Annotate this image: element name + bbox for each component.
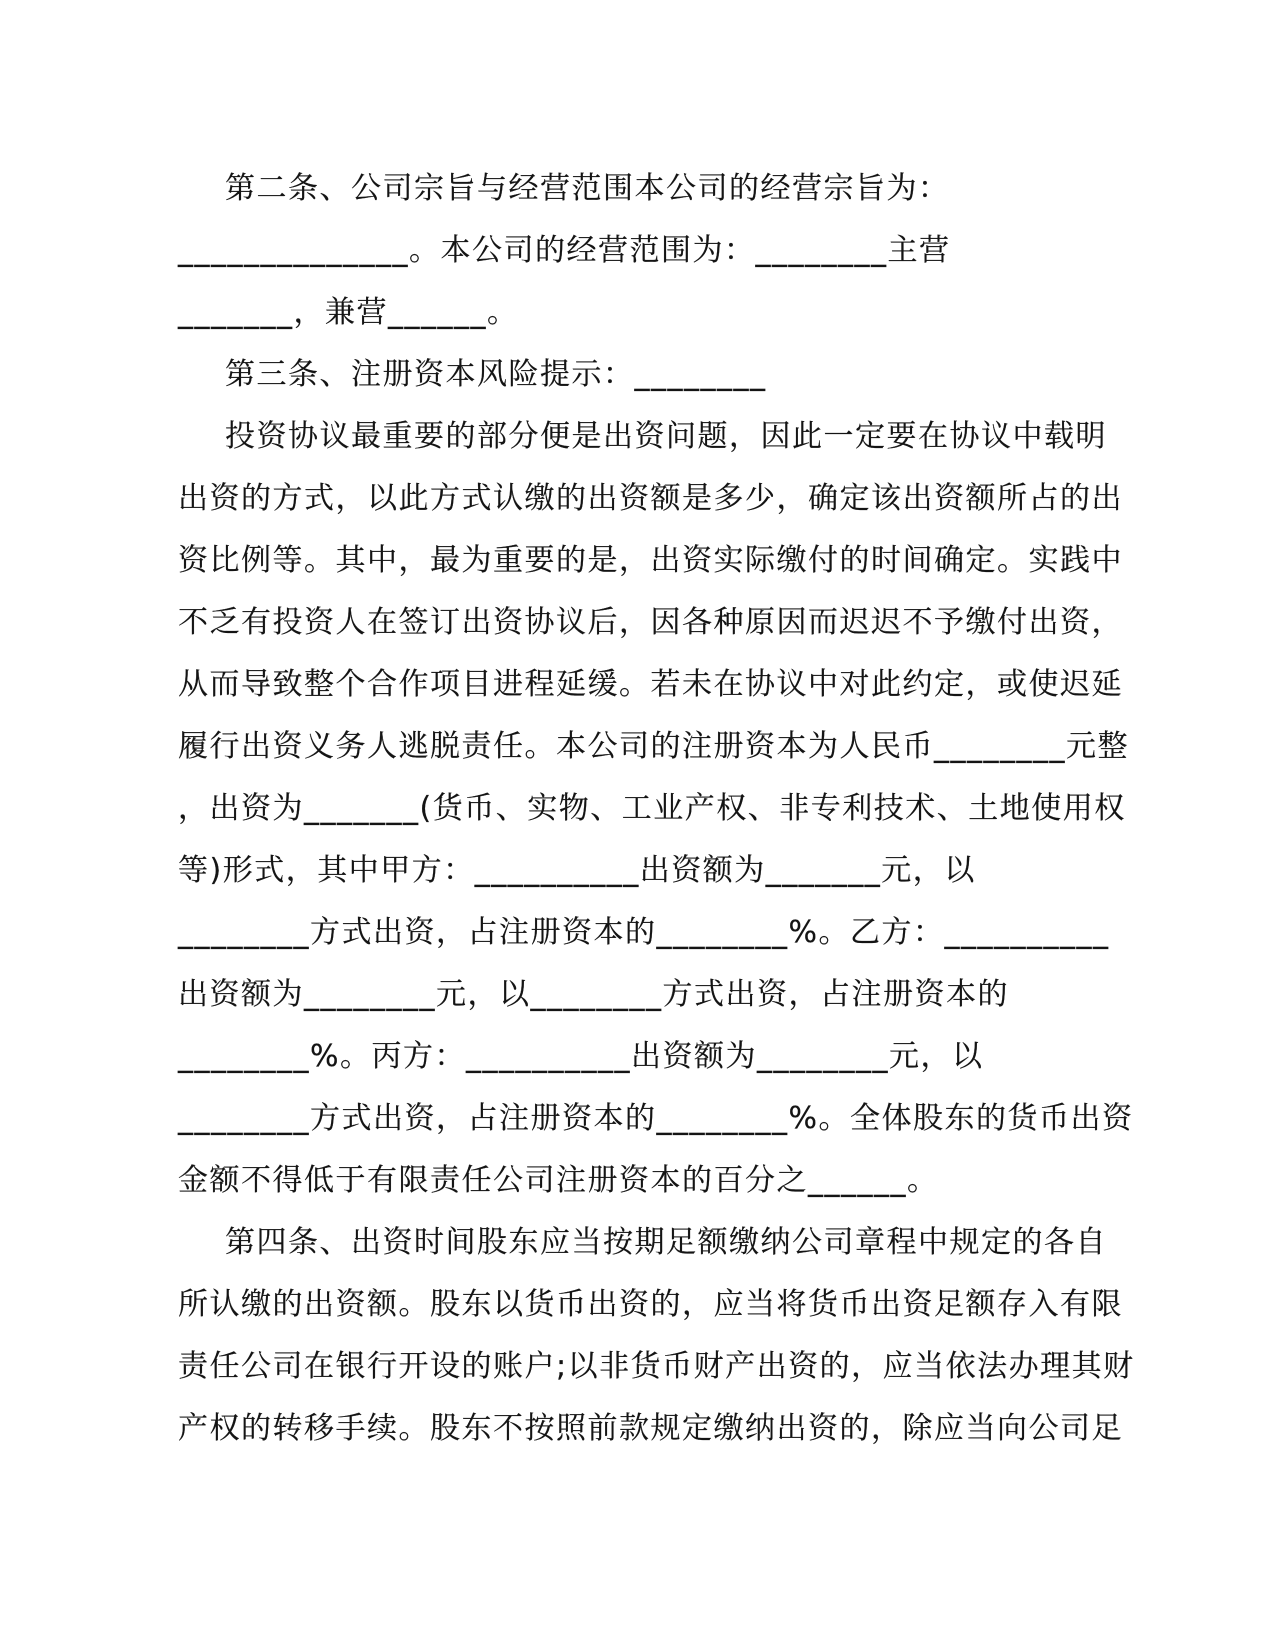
document-line: 第四条、出资时间股东应当按期足额缴纳公司章程中规定的各自 [178, 1212, 1077, 1274]
document-line: 所认缴的出资额。股东以货币出资的，应当将货币出资足额存入有限 [178, 1274, 1077, 1336]
document-line: 金额不得低于有限责任公司注册资本的百分之______。 [178, 1150, 1077, 1212]
document-line: 责任公司在银行开设的账户;以非货币财产出资的，应当依法办理其财 [178, 1336, 1077, 1398]
document-line: ________方式出资，占注册资本的________%。全体股东的货币出资 [178, 1088, 1077, 1150]
document-page: 第二条、公司宗旨与经营范围本公司的经营宗旨为：______________。本公… [0, 0, 1275, 1650]
document-line: 履行出资义务人逃脱责任。本公司的注册资本为人民币________元整 [178, 716, 1077, 778]
document-line: _______，兼营______。 [178, 282, 1077, 344]
document-line: 出资的方式，以此方式认缴的出资额是多少，确定该出资额所占的出 [178, 468, 1077, 530]
document-line: 从而导致整个合作项目进程延缓。若未在协议中对此约定，或使迟延 [178, 654, 1077, 716]
document-line: ，出资为_______(货币、实物、工业产权、非专利技术、土地使用权 [178, 778, 1077, 840]
document-line: 等)形式，其中甲方：__________出资额为_______元，以 [178, 840, 1077, 902]
document-line: 出资额为________元，以________方式出资，占注册资本的 [178, 964, 1077, 1026]
document-body: 第二条、公司宗旨与经营范围本公司的经营宗旨为：______________。本公… [178, 158, 1077, 1460]
document-line: ________方式出资，占注册资本的________%。乙方：________… [178, 902, 1077, 964]
document-line: 产权的转移手续。股东不按照前款规定缴纳出资的，除应当向公司足 [178, 1398, 1077, 1460]
document-line: 不乏有投资人在签订出资协议后，因各种原因而迟迟不予缴付出资， [178, 592, 1077, 654]
document-line: ______________。本公司的经营范围为：________主营 [178, 220, 1077, 282]
document-line: ________%。丙方：__________出资额为________元，以 [178, 1026, 1077, 1088]
document-line: 第二条、公司宗旨与经营范围本公司的经营宗旨为： [178, 158, 1077, 220]
document-line: 投资协议最重要的部分便是出资问题，因此一定要在协议中载明 [178, 406, 1077, 468]
document-line: 资比例等。其中，最为重要的是，出资实际缴付的时间确定。实践中 [178, 530, 1077, 592]
document-line: 第三条、注册资本风险提示：________ [178, 344, 1077, 406]
